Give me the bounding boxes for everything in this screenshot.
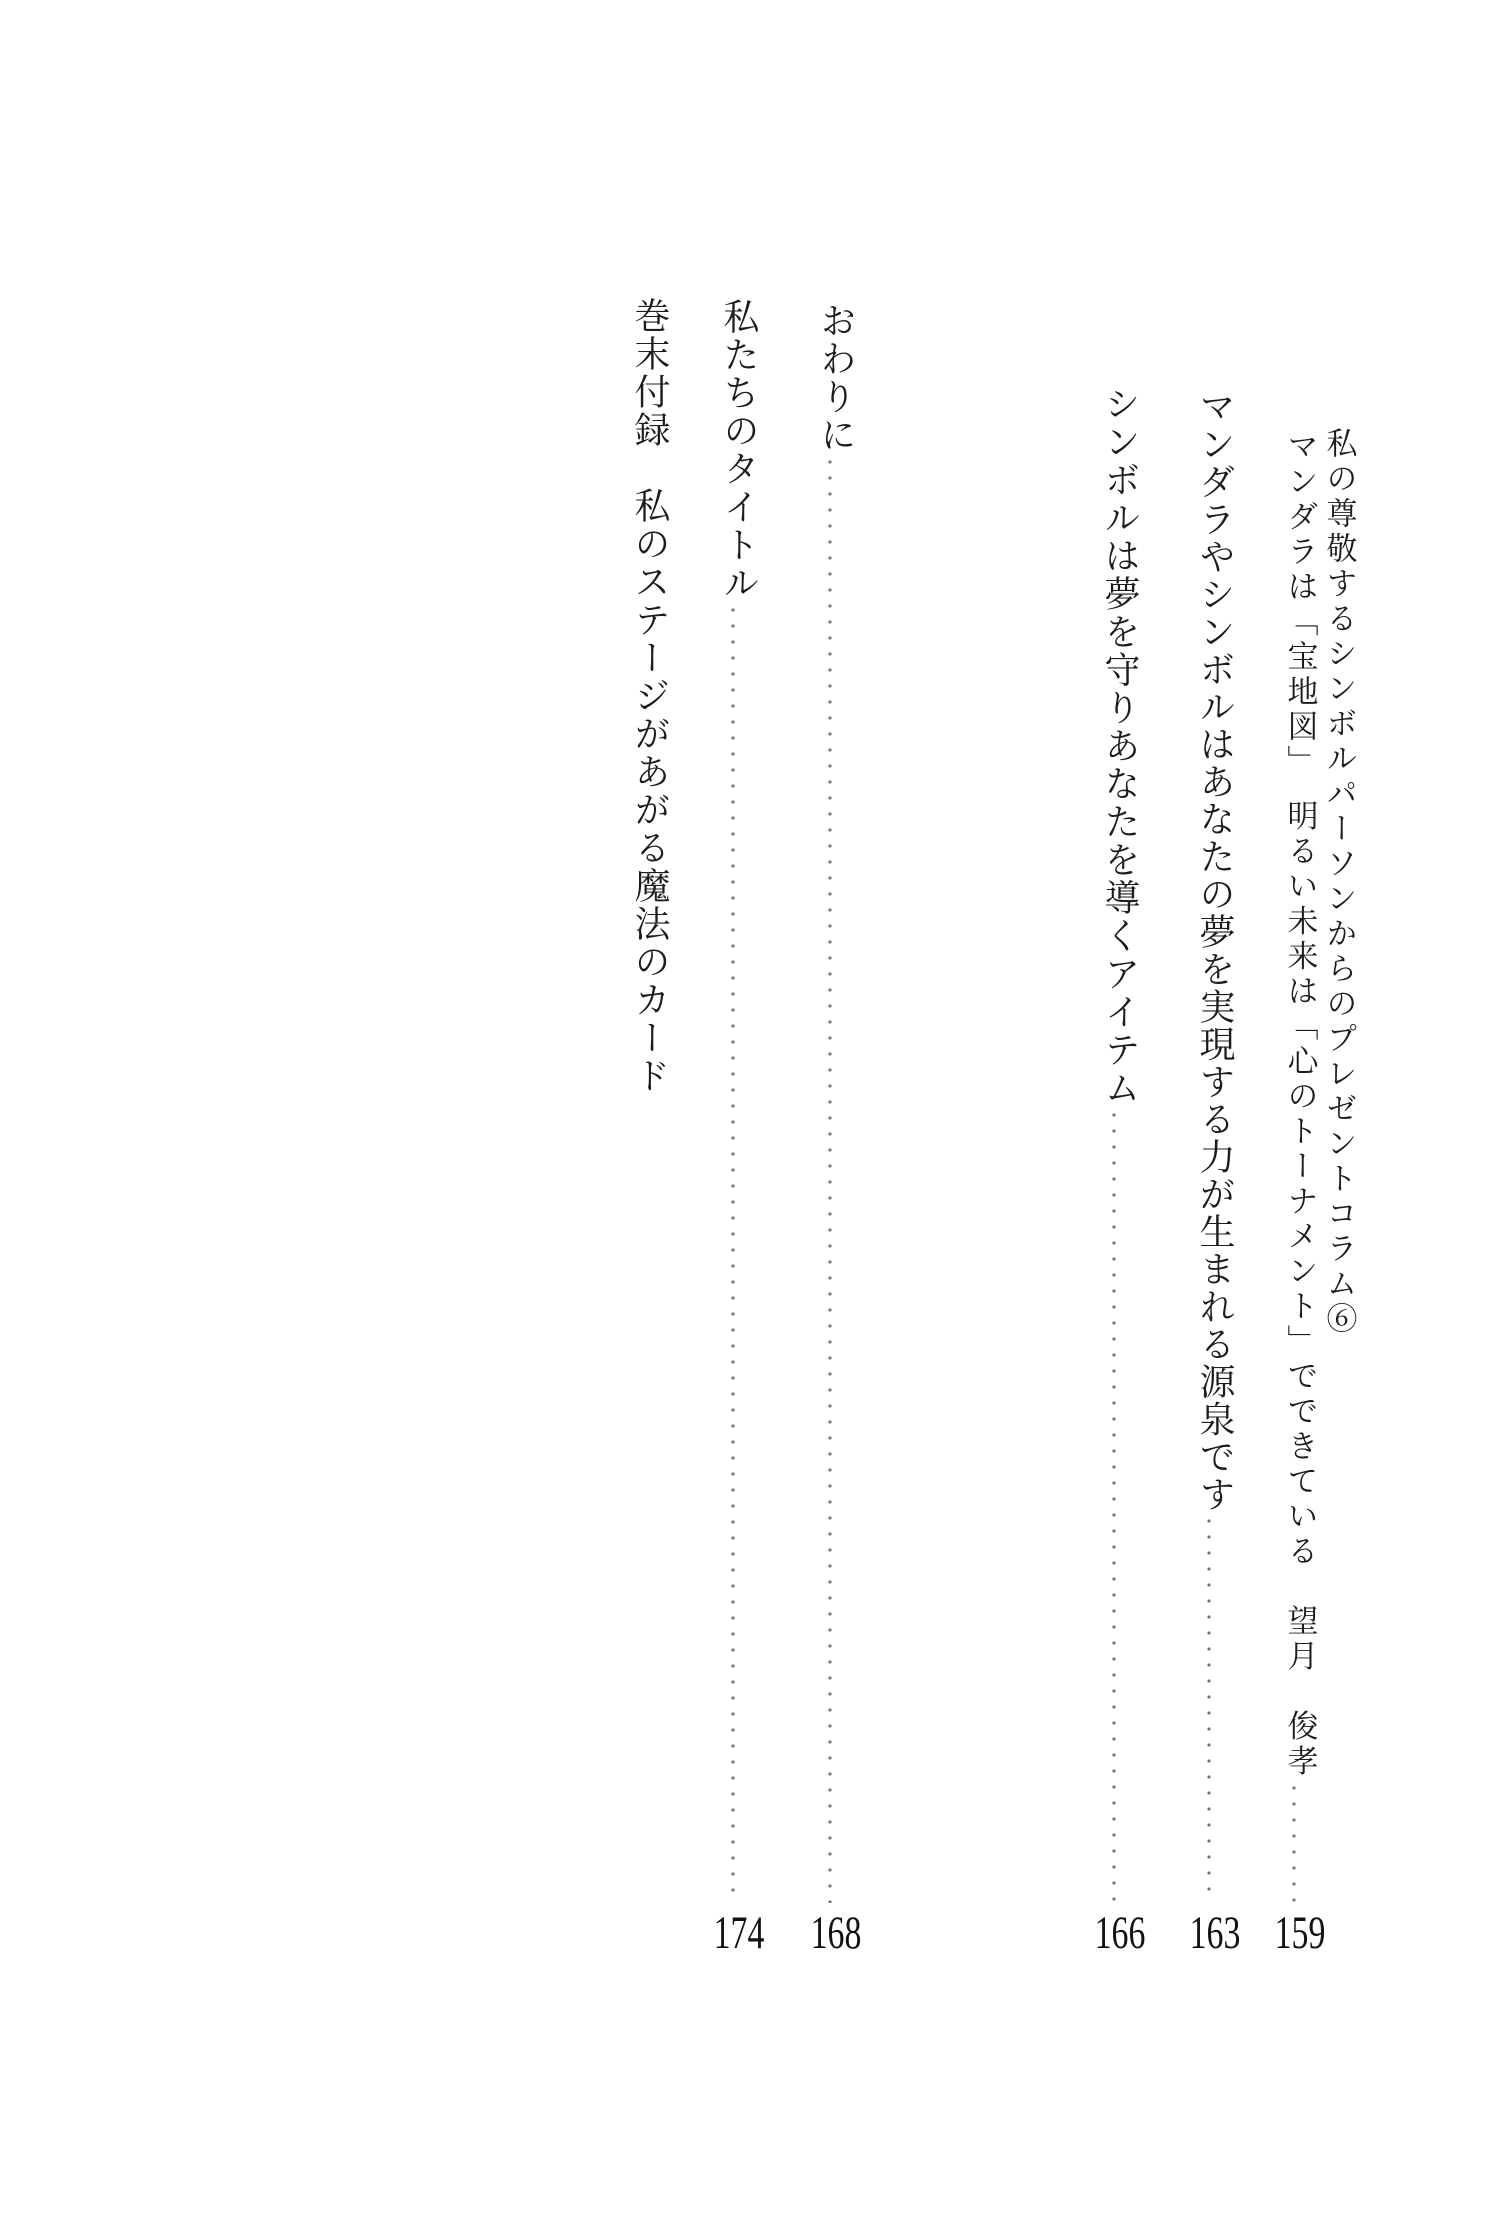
page-number-afterword: 168 (811, 1910, 862, 1957)
dotted-leader (731, 602, 735, 1903)
dotted-leader (1112, 1107, 1116, 1903)
toc-entry-column-subtitle-mochizuki: マンダラは「宝地図」 明るい未来は「心のトーナメント」でできている 望月 俊孝 (1281, 430, 1320, 1903)
toc-entry-title: 私の尊敬するシンボルパーソンからのプレゼントコラム⑥ (1324, 427, 1355, 1337)
toc-page: 巻末付録 私のステージがあがる魔法のカード私たちのタイトル174おわりに168シ… (0, 0, 1512, 2220)
page-number-our-title: 174 (714, 1910, 765, 1957)
toc-entry-title: マンダラやシンボルはあなたの夢を実現する力が生まれる源泉です (1197, 388, 1233, 1513)
toc-entry-mandala-source-of-power: マンダラやシンボルはあなたの夢を実現する力が生まれる源泉です (1193, 388, 1237, 1903)
dotted-leader (1292, 1780, 1296, 1904)
toc-entry-title: マンダラは「宝地図」 明るい未来は「心のトーナメント」でできている 望月 俊孝 (1285, 430, 1316, 1780)
page-number-symbol-guides-you: 166 (1095, 1910, 1146, 1957)
page-number-column-subtitle-mochizuki: 159 (1275, 1910, 1326, 1957)
toc-entry-title: おわりに (818, 302, 854, 454)
dotted-leader (1207, 1513, 1211, 1903)
toc-entry-our-title: 私たちのタイトル (717, 298, 761, 1903)
page-number-mandala-source-of-power: 163 (1190, 1910, 1241, 1957)
toc-entry-title: シンボルは夢を守りあなたを導くアイテム (1102, 385, 1138, 1107)
toc-entry-title: 巻末付録 私のステージがあがる魔法のカード (632, 297, 668, 1095)
toc-entry-column-6-heading: 私の尊敬するシンボルパーソンからのプレゼントコラム⑥ (1320, 427, 1359, 1903)
toc-entry-appendix: 巻末付録 私のステージがあがる魔法のカード (628, 297, 672, 1903)
toc-entry-symbol-guides-you: シンボルは夢を守りあなたを導くアイテム (1098, 385, 1142, 1903)
dotted-leader (828, 454, 832, 1903)
toc-entry-afterword: おわりに (814, 302, 858, 1903)
toc-entry-title: 私たちのタイトル (721, 298, 757, 602)
